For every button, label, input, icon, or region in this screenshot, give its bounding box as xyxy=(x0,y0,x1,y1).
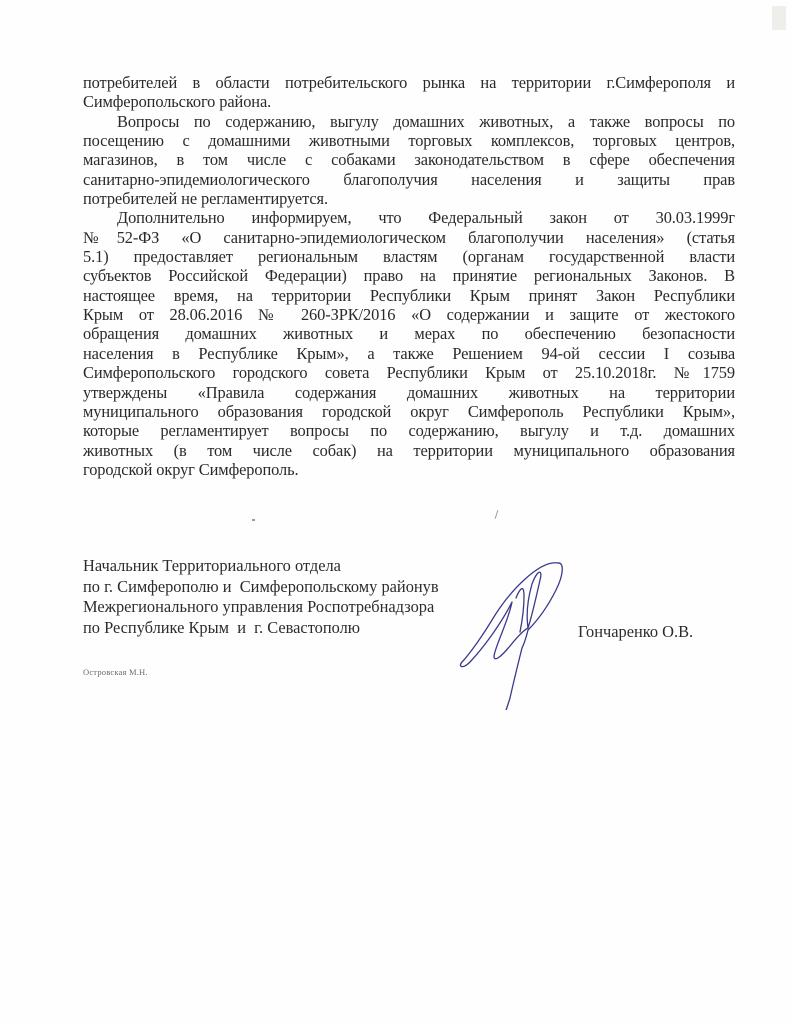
document-page: потребителей в области потребительского … xyxy=(0,0,792,1024)
body-line: №52-ФЗ «О санитарно-эпидемиологическом б… xyxy=(83,228,735,247)
position-line: по Республике Крым и г. Севастополю xyxy=(83,618,439,639)
body-line: которые регламентирует вопросы по содерж… xyxy=(83,421,735,440)
body-line: потребителей не регламентируется. xyxy=(83,189,735,208)
body-line: Симферопольского района. xyxy=(83,92,735,111)
body-line: магазинов, в том числе с собаками законо… xyxy=(83,150,735,169)
body-line: посещению с домашними животными торговых… xyxy=(83,131,735,150)
body-line: Симферопольского городского совета Респу… xyxy=(83,363,735,382)
position-line: по г. Симферополю и Симферопольскому рай… xyxy=(83,577,439,598)
scan-speck xyxy=(495,510,499,519)
signer-name: Гончаренко О.В. xyxy=(578,622,693,642)
body-line: муниципального образования городской окр… xyxy=(83,402,735,421)
handwritten-signature-icon xyxy=(440,540,580,710)
body-line: утверждены «Правила содержания домашних … xyxy=(83,383,735,402)
body-line: городской округ Симферополь. xyxy=(83,460,735,479)
paragraph-start-line: Вопросы по содержанию, выгулу домашних ж… xyxy=(83,112,735,131)
body-line: населения в Республике Крым», а также Ре… xyxy=(83,344,735,363)
position-line: Межрегионального управления Роспотребнад… xyxy=(83,597,439,618)
body-line: Крым от 28.06.2016 № 260-ЗРК/2016 «О сод… xyxy=(83,305,735,324)
body-line: потребителей в области потребительского … xyxy=(83,73,735,92)
body-line: настоящее время, на территории Республик… xyxy=(83,286,735,305)
executor-name: Островская М.Н. xyxy=(83,667,148,677)
paragraph-start-line: Дополнительно информируем, что Федеральн… xyxy=(83,208,735,227)
body-line: животных (в том числе собак) на территор… xyxy=(83,441,735,460)
body-line: 5.1) предоставляет региональным властям … xyxy=(83,247,735,266)
letter-body: потребителей в области потребительского … xyxy=(83,73,735,479)
body-line: обращения домашних животных и мерах по о… xyxy=(83,324,735,343)
body-line: субъектов Российской Федерации) право на… xyxy=(83,266,735,285)
signatory-position: Начальник Территориального отдела по г. … xyxy=(83,556,439,638)
scan-artifact xyxy=(772,6,786,30)
body-line: санитарно-эпидемиологического благополуч… xyxy=(83,170,735,189)
scan-speck xyxy=(252,519,255,521)
position-line: Начальник Территориального отдела xyxy=(83,556,439,577)
